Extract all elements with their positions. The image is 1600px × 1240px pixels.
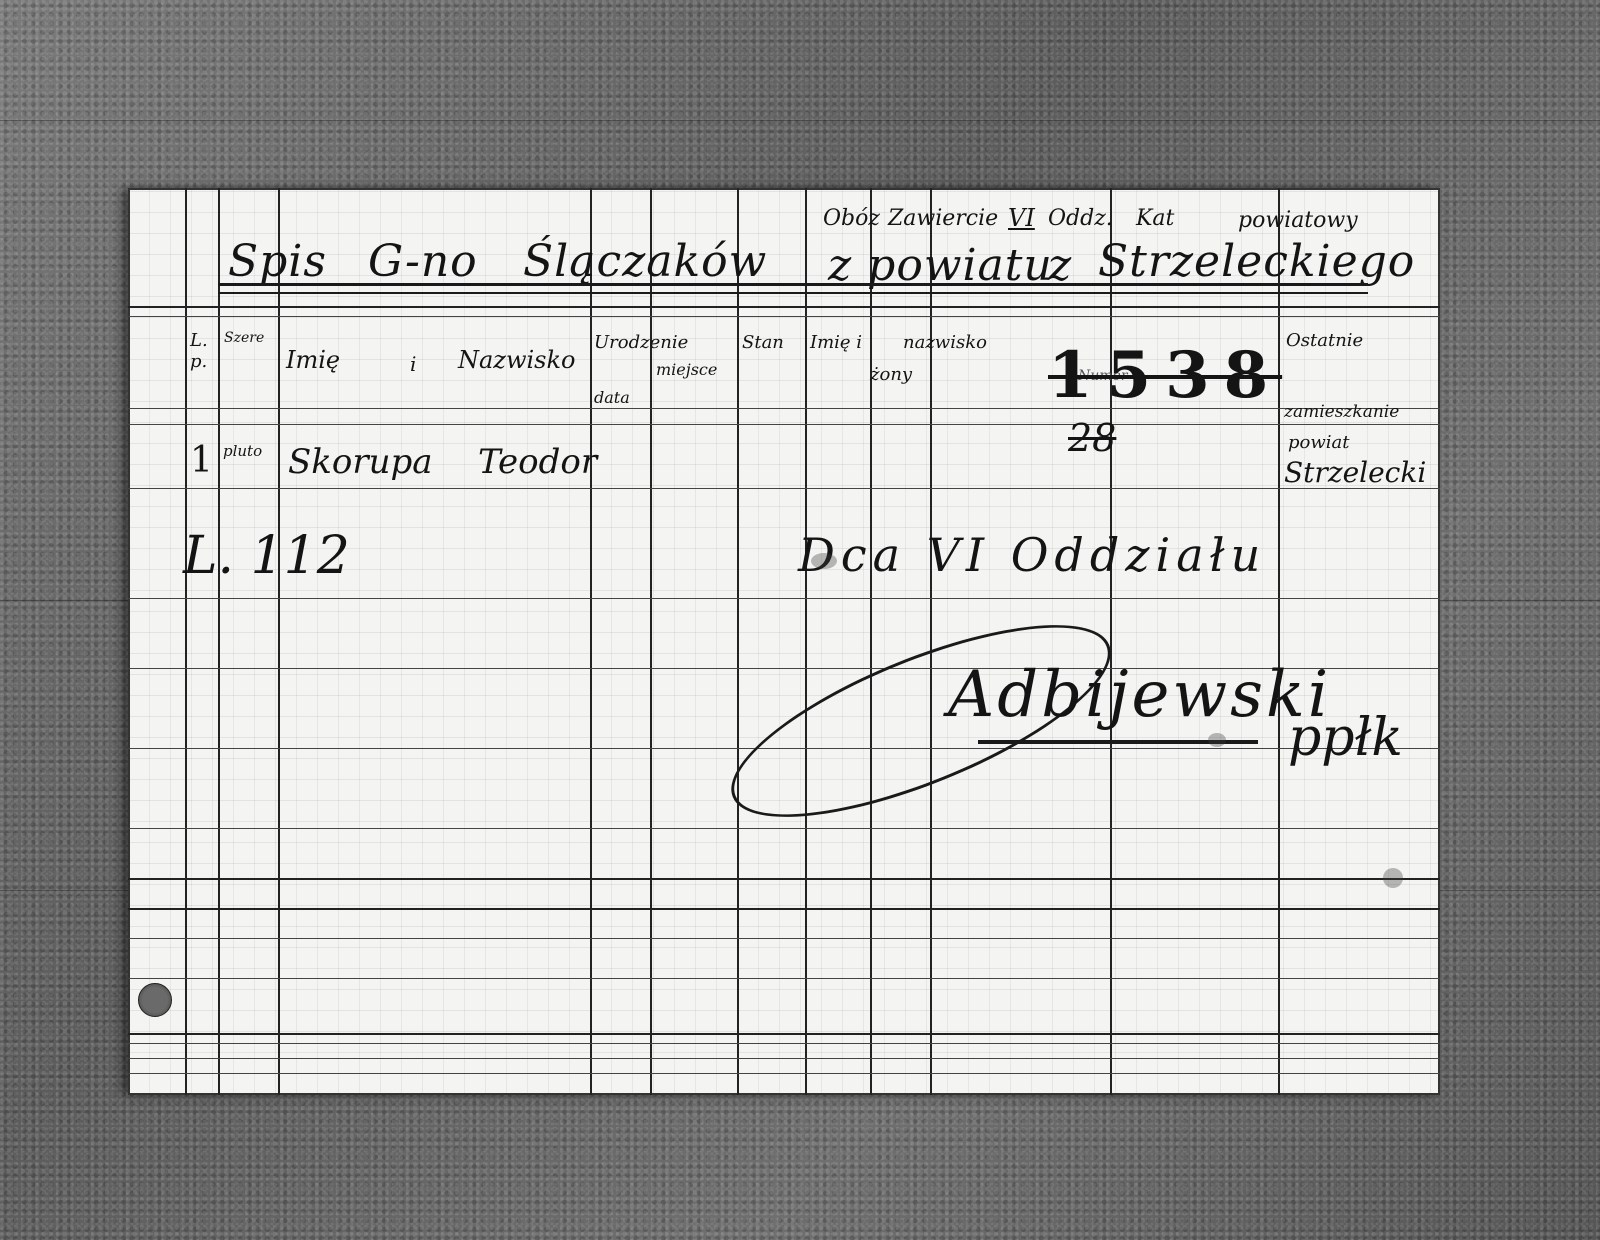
header-lp: L. p. (190, 330, 216, 372)
note-numeral: VI (1008, 204, 1035, 232)
signature: Adbijewski (948, 658, 1331, 732)
row-rule (128, 1043, 1440, 1044)
reference-number: L. 112 (183, 526, 350, 586)
row-rule (128, 1033, 1440, 1035)
title-gno: G-no (368, 236, 478, 287)
column-rule (185, 188, 187, 1095)
row-rule (128, 1073, 1440, 1074)
row-residence-2: Strzelecki (1284, 456, 1426, 489)
punch-hole (138, 983, 172, 1017)
column-rule (805, 188, 807, 1095)
note-zawiercie: Zawiercie (888, 206, 998, 231)
title-subject: Ślączaków (523, 236, 767, 287)
row-rule (128, 978, 1440, 979)
row-rule (128, 908, 1440, 910)
column-rule (870, 188, 872, 1095)
ink-stain (1383, 868, 1403, 888)
header-nazwisko-zony: nazwisko (903, 332, 987, 353)
new-number: 28 (1068, 416, 1116, 460)
column-rule (737, 188, 739, 1095)
title-underline (218, 292, 1368, 294)
row-rank: pluto (223, 442, 262, 460)
header-stopien: Szere (224, 330, 264, 346)
header-i: i (410, 352, 416, 376)
row-residence-1: powiat (1288, 432, 1350, 453)
title-underline (218, 283, 1368, 286)
column-rule (590, 188, 592, 1095)
header-data: data (594, 388, 630, 407)
row-rule (128, 488, 1440, 489)
column-rule (278, 188, 280, 1095)
title-spis: Spis (228, 236, 327, 287)
column-rule (1110, 188, 1112, 1095)
header-urodzenie: Urodzenie (594, 332, 688, 353)
row-rule (128, 306, 1440, 308)
commander-role: Dca VI Oddziału (798, 528, 1266, 582)
ink-stain (1208, 733, 1226, 747)
background-streak (0, 120, 1600, 121)
row-lp: 1 (190, 440, 213, 481)
header-nazwisko: Nazwisko (458, 346, 575, 374)
row-rule (128, 316, 1440, 317)
column-rule (1278, 188, 1280, 1095)
header-stan: Stan (742, 332, 784, 353)
row-first-name: Teodor (478, 442, 597, 482)
rank-suffix: ppłk (1288, 708, 1403, 768)
note-kat: Kat (1136, 206, 1174, 231)
header-zony: żony (870, 364, 912, 385)
column-rule (218, 188, 220, 1095)
row-rule (128, 1058, 1440, 1059)
row-rule (128, 878, 1440, 880)
header-imie-zony: Imię i (810, 332, 862, 353)
column-rule (650, 188, 652, 1095)
row-surname: Skorupa (288, 442, 433, 482)
title-strzeleckiego: Strzeleckiego (1098, 236, 1415, 287)
row-rule (128, 424, 1440, 425)
header-zamieszkanie: zamieszkanie (1284, 402, 1399, 422)
row-rule (128, 938, 1440, 939)
register-card: Spis G-no Ślączaków z powiatu z Strzelec… (128, 188, 1440, 1095)
header-miejsce: miejsce (656, 360, 717, 379)
struck-number: 1538 (1048, 338, 1282, 413)
column-rule (930, 188, 932, 1095)
note-oboz: Obóz (823, 206, 880, 231)
row-rule (128, 598, 1440, 599)
header-ostatnie: Ostatnie (1286, 330, 1363, 351)
note-oddz: Oddz. (1048, 206, 1113, 231)
ink-stain (811, 553, 837, 569)
header-imie: Imię (286, 346, 340, 374)
note-powiatowy: powiatowy (1238, 208, 1358, 233)
row-rule (128, 828, 1440, 829)
